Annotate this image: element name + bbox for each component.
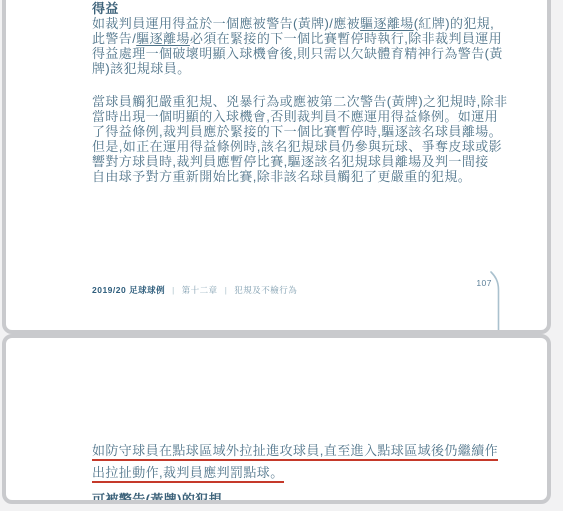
text-line: 但是,如正在運用得益條例時,該名犯規球員仍參與玩球、爭奪皮球或影 [92,139,492,154]
footer-book-title: 2019/20 足球球例 [92,284,165,296]
text-line: 如防守球員在點球區域外拉扯進攻球員,直至進入點球區域後仍繼續作 [92,443,512,465]
text-segment: 了得益條例,裁判員應於緊接的下一個比賽暫停時,驅逐該名球員離場。 [92,124,502,139]
footer-chapter: 第十二章 [182,284,218,296]
text-segment: 此警告/ [92,31,136,46]
text-line: 得益處理一個破壞明顯入球機會後,則只需以欠缺體育精神行為警告(黃 [92,46,492,61]
text-line: 當球員觸犯嚴重犯規、兇暴行為或應被第二次警告(黃牌)之犯規時,除非 [92,94,492,109]
section-heading-cautionable-offences: 可被警告(黃牌)的犯規 [92,492,512,504]
text-segment: 響對方球員時,裁判員應暫停比賽,驅逐該名犯規球員離場及判一間接 [92,154,489,169]
text-segment: 當球員觸犯嚴重犯規、兇暴行為或應被第二次警告(黃牌)之犯規時,除非 [92,94,507,109]
text-segment: 牌)該犯規球員。 [92,61,191,76]
footer-separator: | [225,286,228,295]
page1-paragraphs: 如裁判員運用得益於一個應被警告(黃牌)/應被驅逐離場(紅牌)的犯規,此警告/驅逐… [92,16,492,184]
page-108: 如防守球員在點球區域外拉扯進攻球員,直至進入點球區域後仍繼續作出拉扯動作,裁判員… [2,334,551,504]
page-footer: 2019/20 足球球例 | 第十二章 | 犯規及不檢行為 [92,284,297,296]
text-line: 牌)該犯規球員。 [92,61,492,76]
text-segment: 但是,如正在運用得益條例時,該名犯規球員仍參與玩球、爭奪皮球或影 [92,139,502,154]
text-line: 此警告/驅逐離場必須在緊接的下一個比賽暫停時執行,除非裁判員運用 [92,31,492,46]
text-segment: 必須在緊接的下一個比賽暫停時執行,除非裁判員運用 [190,31,502,46]
text-line: 了得益條例,裁判員應於緊接的下一個比賽暫停時,驅逐該名球員離場。 [92,124,492,139]
page1-content: 得益 如裁判員運用得益於一個應被警告(黃牌)/應被驅逐離場(紅牌)的犯規,此警告… [92,1,492,184]
text-segment: 得益處理一個破壞明顯入球機會後,則只需以欠缺體育精神行為警告(黃 [92,46,503,61]
text-line: 如裁判員運用得益於一個應被警告(黃牌)/應被驅逐離場(紅牌)的犯規, [92,16,492,31]
text-line: 自由球予對方重新開始比賽,除非該名球員觸犯了更嚴重的犯規。 [92,169,492,184]
page-107: 得益 如裁判員運用得益於一個應被警告(黃牌)/應被驅逐離場(紅牌)的犯規,此警告… [2,0,551,334]
section-heading-advantage: 得益 [92,1,492,16]
text-segment: (紅牌)的犯規, [414,16,494,31]
document-viewer: 得益 如裁判員運用得益於一個應被警告(黃牌)/應被驅逐離場(紅牌)的犯規,此警告… [0,0,563,511]
text-segment: 如裁判員運用得益於一個應被警告(黃牌)/應被 [92,16,360,31]
paragraph: 如裁判員運用得益於一個應被警告(黃牌)/應被驅逐離場(紅牌)的犯規,此警告/驅逐… [92,16,492,76]
cross-reference-link[interactable]: 驅逐離場 [136,31,190,46]
text-segment: 自由球予對方重新開始比賽,除非該名球員觸犯了更嚴重的犯規。 [92,169,471,184]
footer-separator: | [172,286,175,295]
text-segment: 當時出現一個明顯的入球機會,否則裁判員不應運用得益條例。如運用 [92,109,498,124]
text-line: 當時出現一個明顯的入球機會,否則裁判員不應運用得益條例。如運用 [92,109,492,124]
page-corner-line-icon [490,270,502,330]
red-underlined-text: 出拉扯動作,裁判員應判罰點球。 [92,465,284,483]
text-line: 出拉扯動作,裁判員應判罰點球。 [92,465,512,487]
text-line: 響對方球員時,裁判員應暫停比賽,驅逐該名犯規球員離場及判一間接 [92,154,492,169]
underlined-ruling-text: 如防守球員在點球區域外拉扯進攻球員,直至進入點球區域後仍繼續作出拉扯動作,裁判員… [92,443,512,487]
paragraph: 當球員觸犯嚴重犯規、兇暴行為或應被第二次警告(黃牌)之犯規時,除非當時出現一個明… [92,94,492,184]
cross-reference-link[interactable]: 驅逐離場 [360,16,414,31]
page2-content: 如防守球員在點球區域外拉扯進攻球員,直至進入點球區域後仍繼續作出拉扯動作,裁判員… [92,443,512,504]
footer-section: 犯規及不檢行為 [234,284,297,296]
red-underlined-text: 如防守球員在點球區域外拉扯進攻球員,直至進入點球區域後仍繼續作 [92,443,498,461]
